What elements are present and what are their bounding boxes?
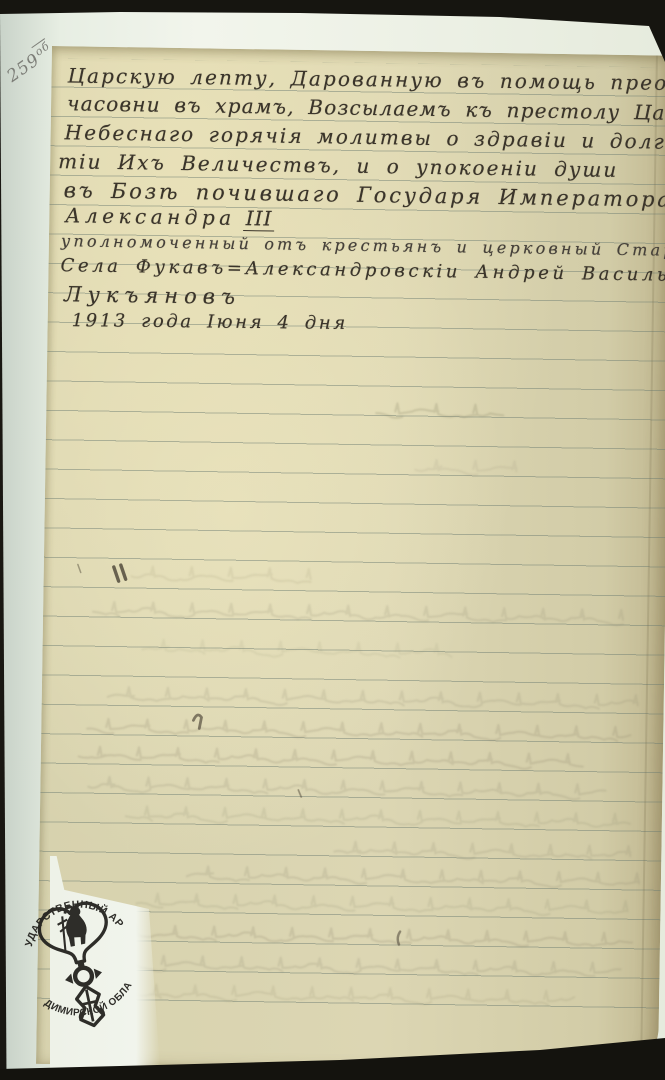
bleedthrough-row [415,460,516,476]
bleedthrough-row [334,842,630,862]
bleedthrough-row [187,866,639,888]
manuscript-line-alexander: АлександраIII [65,203,274,230]
bleedthrough-row [135,984,574,1006]
ink-speck [114,565,126,581]
bleedthrough-row [108,687,638,711]
bleedthrough-row [76,924,632,947]
bleedthrough-row [142,639,451,659]
bleedthrough-row [87,719,630,743]
bleedthrough-row [376,403,503,419]
bleedthrough-row [79,747,583,770]
bleedthrough-row [136,893,627,916]
emblem-ring [74,966,94,986]
manuscript-line-surname: Лукъяновъ [64,282,241,309]
scanned-archival-page: Царскую лепту, Дарованную въ помощь прео… [0,0,665,1080]
regnal-numeral: III [243,206,274,231]
ink-speck [78,564,81,572]
bleedthrough-row [126,806,630,829]
bleedthrough-row [103,955,620,979]
ink-speck [298,790,301,797]
manuscript-line-date: 1913 года Іюня 4 дня [72,310,348,334]
bleedthrough-row [93,602,623,626]
bleedthrough-row [88,777,605,800]
ink-speck [193,715,201,729]
tsar-name: Александра [65,203,236,230]
bleedthrough-row [132,566,311,583]
